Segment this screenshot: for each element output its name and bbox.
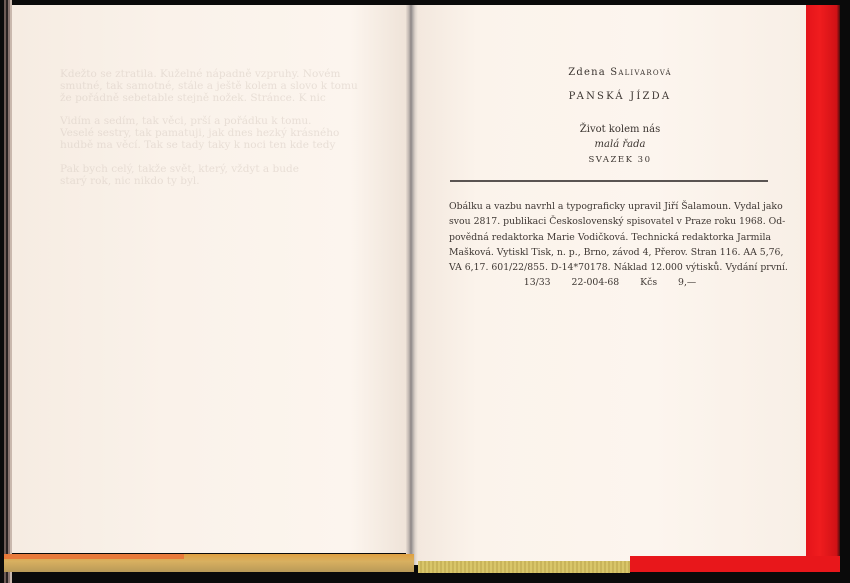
colophon-price-line: 13/33 22-004-68 Kčs 9,—	[449, 275, 771, 290]
bleed-through-text: smutné, tak samotné, stále a ještě kolem…	[60, 80, 360, 92]
colophon: Obálku a vazbu navrhl a typograficky upr…	[449, 199, 771, 291]
colophon-line: VA 6,17. 601/22/855. D-14*70178. Náklad …	[449, 260, 771, 275]
bleed-through-text: Pak bych celý, takže svět, který, vždyt …	[60, 163, 360, 175]
bleed-through-text: hudbě ma věcí. Tak se tady taky k noci t…	[60, 139, 360, 151]
colophon-line: Mašková. Vytiskl Tisk, n. p., Brno, závo…	[449, 245, 771, 260]
author-name: Zdena Salivarová	[540, 66, 700, 80]
colophon-line: povědná redaktorka Marie Vodičková. Tech…	[449, 230, 771, 245]
volume-number: SVAZEK 30	[540, 152, 700, 168]
open-book-spread: Kdežto se ztratila. Kuželné nápadně vzpr…	[0, 0, 850, 583]
subseries-name: malá řada	[540, 137, 700, 152]
horizontal-rule	[450, 180, 768, 182]
bleed-through-text: starý rok, nic nikdo ty byl.	[60, 175, 360, 187]
book-title: PANSKÁ JÍZDA	[540, 90, 700, 104]
series-name: Život kolem nás	[540, 122, 700, 137]
bleed-through-text: Kdežto se ztratila. Kuželné nápadně vzpr…	[60, 68, 360, 80]
book-left-edge	[0, 0, 12, 583]
colophon-line: Obálku a vazbu navrhl a typograficky upr…	[449, 199, 771, 214]
title-block: Zdena Salivarová PANSKÁ JÍZDA Život kole…	[540, 66, 700, 168]
bleed-through-text: Veselé sestry, tak pamatuji, jak dnes he…	[60, 127, 360, 139]
headband	[418, 561, 630, 573]
bleed-through-text: že pořádně sebetable stejně nožek. Strán…	[60, 92, 360, 104]
author-last-name: Salivarová	[610, 67, 671, 78]
author-first-name: Zdena	[568, 67, 606, 78]
red-cover-edge	[806, 5, 840, 571]
bleed-through-text: Vidím a sedím, tak věci, prší a pořádku …	[60, 115, 360, 127]
book-gutter	[406, 5, 418, 565]
red-cover-bottom	[630, 556, 840, 572]
colophon-line: svou 2817. publikaci Československý spis…	[449, 214, 771, 229]
book-bottom-edge-red	[4, 554, 184, 559]
